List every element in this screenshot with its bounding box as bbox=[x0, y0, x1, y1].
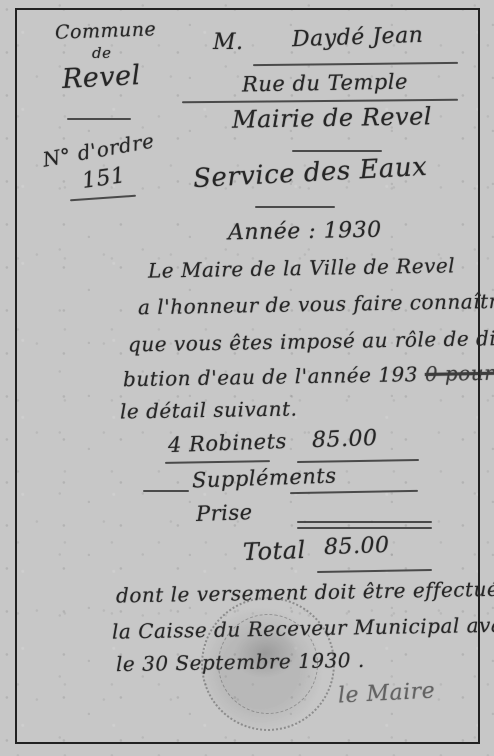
rule-after-prise-2 bbox=[297, 527, 432, 529]
rule-under-commune bbox=[67, 118, 131, 120]
body-line-5: le détail suivant. bbox=[120, 396, 298, 423]
mayor-signature: le Maire bbox=[337, 678, 435, 708]
commune-de: de bbox=[92, 44, 111, 62]
item-robinets-amount: 85.00 bbox=[312, 426, 378, 453]
addressee-name: Daydé Jean bbox=[292, 23, 424, 53]
stamp-smudge bbox=[230, 625, 301, 682]
scanned-document-page: Commune de Revel N° d'ordre 151 M. Daydé… bbox=[0, 0, 494, 756]
rule-under-service-title bbox=[255, 206, 335, 208]
item-prise-label: Prise bbox=[196, 500, 253, 526]
rule-after-prise-1 bbox=[297, 521, 432, 523]
struck-word: 0 pour bbox=[425, 361, 494, 386]
year-line: Année : 1930 bbox=[228, 218, 382, 246]
addressee-prefix: M. bbox=[213, 30, 244, 55]
office-title: Mairie de Revel bbox=[232, 102, 432, 133]
item-robinets-label: 4 Robinets bbox=[168, 429, 288, 457]
body-line-4-text: bution d'eau de l'année 193 bbox=[123, 362, 418, 391]
addressee-street: Rue du Temple bbox=[242, 70, 408, 97]
separator-rule-top bbox=[292, 150, 382, 152]
commune-word: Commune bbox=[55, 18, 157, 44]
total-amount: 85.00 bbox=[324, 533, 390, 560]
total-label: Total bbox=[243, 536, 307, 566]
dash-before-supplements bbox=[143, 490, 189, 492]
commune-name: Revel bbox=[61, 60, 141, 95]
item-supplements-label: Suppléments bbox=[192, 463, 337, 492]
